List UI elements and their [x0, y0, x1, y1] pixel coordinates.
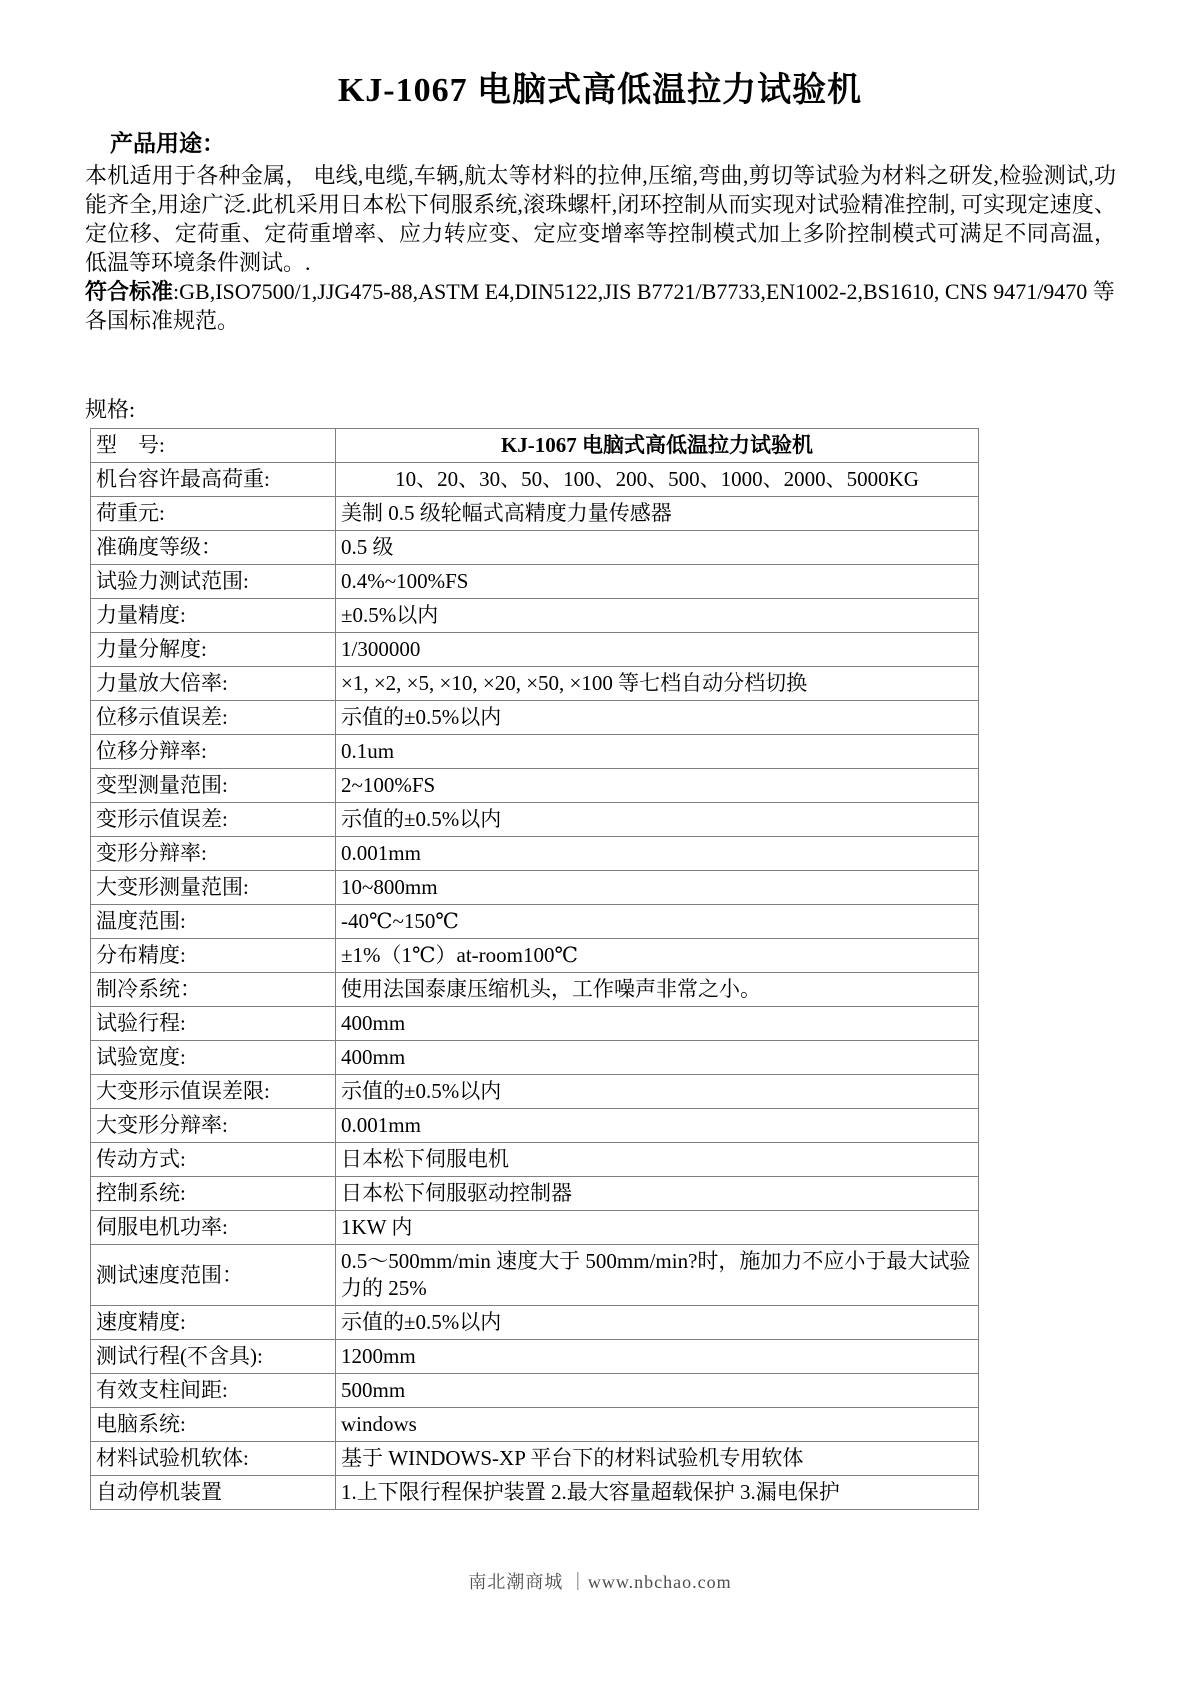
spec-row: 大变形示值误差限:示值的±0.5%以内	[91, 1075, 979, 1109]
spec-value: windows	[336, 1408, 979, 1442]
spec-row: 伺服电机功率:1KW 内	[91, 1211, 979, 1245]
spec-label: 变形分辩率:	[91, 837, 336, 871]
spec-value: 示值的±0.5%以内	[336, 1306, 979, 1340]
spec-row: 分布精度:±1%（1℃）at-room100℃	[91, 939, 979, 973]
spec-value: 10~800mm	[336, 871, 979, 905]
footer-text: 南北潮商城 ｜www.nbchao.com	[0, 1568, 1200, 1594]
spec-value: 0.5 级	[336, 531, 979, 565]
spec-value: ±1%（1℃）at-room100℃	[336, 939, 979, 973]
spec-row: 大变形分辩率:0.001mm	[91, 1109, 979, 1143]
spec-label: 大变形分辩率:	[91, 1109, 336, 1143]
standards-paragraph: 符合标准:GB,ISO7500/1,JJG475-88,ASTM E4,DIN5…	[85, 277, 1116, 335]
spec-value: 400mm	[336, 1041, 979, 1075]
spec-value: 0.5～500mm/min 速度大于 500mm/min?时，施加力不应小于最大…	[336, 1245, 979, 1306]
spec-row: 材料试验机软体:基于 WINDOWS-XP 平台下的材料试验机专用软体	[91, 1442, 979, 1476]
spec-label: 位移示值误差:	[91, 701, 336, 735]
spec-label: 传动方式:	[91, 1143, 336, 1177]
spec-row: 力量分解度:1/300000	[91, 633, 979, 667]
spec-label: 力量精度:	[91, 599, 336, 633]
product-use-heading: 产品用途：	[110, 125, 1115, 158]
spec-row: 控制系统:日本松下伺服驱动控制器	[91, 1177, 979, 1211]
spec-row: 试验力测试范围:0.4%~100%FS	[91, 565, 979, 599]
standards-text: :GB,ISO7500/1,JJG475-88,ASTM E4,DIN5122,…	[85, 279, 1115, 333]
spec-row: 测试速度范围：0.5～500mm/min 速度大于 500mm/min?时，施加…	[91, 1245, 979, 1306]
spec-label: 温度范围:	[91, 905, 336, 939]
spec-row: 制冷系统：使用法国泰康压缩机头，工作噪声非常之小。	[91, 973, 979, 1007]
spec-label: 变形示值误差:	[91, 803, 336, 837]
spec-row: 温度范围:-40℃~150℃	[91, 905, 979, 939]
spec-value: 使用法国泰康压缩机头，工作噪声非常之小。	[336, 973, 979, 1007]
spec-label: 测试速度范围：	[91, 1245, 336, 1306]
spec-row: 型 号:KJ-1067 电脑式高低温拉力试验机	[91, 429, 979, 463]
spec-label: 伺服电机功率:	[91, 1211, 336, 1245]
spec-label: 大变形示值误差限:	[91, 1075, 336, 1109]
spec-row: 试验行程:400mm	[91, 1007, 979, 1041]
spec-label: 型 号:	[91, 429, 336, 463]
spec-label: 测试行程(不含具):	[91, 1340, 336, 1374]
spec-label: 试验宽度:	[91, 1041, 336, 1075]
spec-value: ±0.5%以内	[336, 599, 979, 633]
document-title: KJ-1067 电脑式高低温拉力试验机	[0, 62, 1200, 111]
spec-value: 美制 0.5 级轮幅式高精度力量传感器	[336, 497, 979, 531]
spec-value: -40℃~150℃	[336, 905, 979, 939]
spec-value: 0.4%~100%FS	[336, 565, 979, 599]
spec-row: 力量放大倍率:×1, ×2, ×5, ×10, ×20, ×50, ×100 等…	[91, 667, 979, 701]
spec-value: 500mm	[336, 1374, 979, 1408]
spec-label: 速度精度:	[91, 1306, 336, 1340]
product-use-paragraph: 本机适用于各种金属， 电线,电缆,车辆,航太等材料的拉伸,压缩,弯曲,剪切等试验…	[85, 161, 1116, 277]
spec-row: 变型测量范围:2~100%FS	[91, 769, 979, 803]
spec-value: 0.001mm	[336, 837, 979, 871]
spec-value: KJ-1067 电脑式高低温拉力试验机	[336, 429, 979, 463]
spec-row: 荷重元:美制 0.5 级轮幅式高精度力量传感器	[91, 497, 979, 531]
spec-value: 1.上下限行程保护装置 2.最大容量超载保护 3.漏电保护	[336, 1476, 979, 1510]
spec-value: 2~100%FS	[336, 769, 979, 803]
spec-row: 传动方式:日本松下伺服电机	[91, 1143, 979, 1177]
spec-label: 电脑系统:	[91, 1408, 336, 1442]
spec-value: 基于 WINDOWS-XP 平台下的材料试验机专用软体	[336, 1442, 979, 1476]
spec-value: 示值的±0.5%以内	[336, 1075, 979, 1109]
spec-row: 测试行程(不含具):1200mm	[91, 1340, 979, 1374]
spec-value: ×1, ×2, ×5, ×10, ×20, ×50, ×100 等七档自动分档切…	[336, 667, 979, 701]
spec-row: 自动停机装置1.上下限行程保护装置 2.最大容量超载保护 3.漏电保护	[91, 1476, 979, 1510]
standards-label: 符合标准	[85, 279, 173, 304]
spec-label: 变型测量范围:	[91, 769, 336, 803]
spec-row: 有效支柱间距:500mm	[91, 1374, 979, 1408]
spec-label: 材料试验机软体:	[91, 1442, 336, 1476]
spec-row: 大变形测量范围:10~800mm	[91, 871, 979, 905]
spec-row: 速度精度:示值的±0.5%以内	[91, 1306, 979, 1340]
spec-row: 试验宽度:400mm	[91, 1041, 979, 1075]
spec-value: 0.001mm	[336, 1109, 979, 1143]
spec-row: 力量精度:±0.5%以内	[91, 599, 979, 633]
spec-label: 位移分辩率:	[91, 735, 336, 769]
spec-value: 400mm	[336, 1007, 979, 1041]
spec-value: 日本松下伺服电机	[336, 1143, 979, 1177]
spec-value: 1200mm	[336, 1340, 979, 1374]
spec-label: 试验行程:	[91, 1007, 336, 1041]
spec-label: 自动停机装置	[91, 1476, 336, 1510]
spec-value: 1KW 内	[336, 1211, 979, 1245]
spec-row: 电脑系统:windows	[91, 1408, 979, 1442]
spec-label: 控制系统:	[91, 1177, 336, 1211]
spec-value: 10、20、30、50、100、200、500、1000、2000、5000KG	[336, 463, 979, 497]
spec-label: 分布精度:	[91, 939, 336, 973]
spec-label: 试验力测试范围:	[91, 565, 336, 599]
spec-label: 力量放大倍率:	[91, 667, 336, 701]
spec-label: 准确度等级：	[91, 531, 336, 565]
spec-label: 有效支柱间距:	[91, 1374, 336, 1408]
specs-heading: 规格:	[85, 393, 1200, 424]
spec-row: 位移示值误差:示值的±0.5%以内	[91, 701, 979, 735]
specs-table: 型 号:KJ-1067 电脑式高低温拉力试验机机台容许最高荷重:10、20、30…	[90, 428, 979, 1510]
spec-row: 机台容许最高荷重:10、20、30、50、100、200、500、1000、20…	[91, 463, 979, 497]
spec-label: 大变形测量范围:	[91, 871, 336, 905]
spec-label: 力量分解度:	[91, 633, 336, 667]
spec-label: 机台容许最高荷重:	[91, 463, 336, 497]
spec-label: 荷重元:	[91, 497, 336, 531]
spec-value: 日本松下伺服驱动控制器	[336, 1177, 979, 1211]
spec-value: 示值的±0.5%以内	[336, 803, 979, 837]
spec-label: 制冷系统：	[91, 973, 336, 1007]
spec-row: 变形示值误差:示值的±0.5%以内	[91, 803, 979, 837]
spec-row: 位移分辩率:0.1um	[91, 735, 979, 769]
spec-value: 示值的±0.5%以内	[336, 701, 979, 735]
spec-value: 0.1um	[336, 735, 979, 769]
spec-row: 变形分辩率:0.001mm	[91, 837, 979, 871]
spec-value: 1/300000	[336, 633, 979, 667]
spec-row: 准确度等级：0.5 级	[91, 531, 979, 565]
